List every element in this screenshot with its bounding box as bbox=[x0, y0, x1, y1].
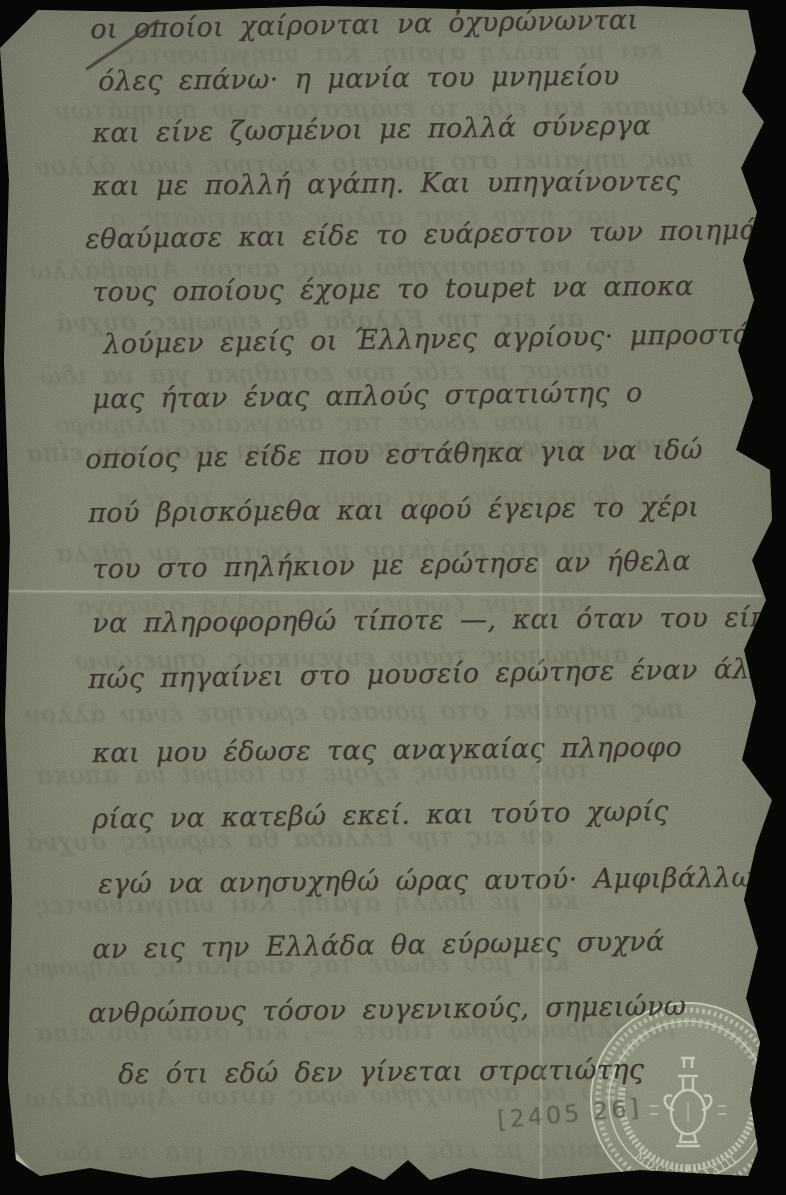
seal-wreath-right bbox=[688, 1085, 755, 1168]
seal-ring-numerals: MDCCCLXXXIII bbox=[633, 1149, 741, 1181]
manuscript-line: τους οποίους έχομε το toupet να αποκα bbox=[92, 273, 694, 306]
bleedthrough-line: πώς πηγαίνει στο μουσείο ερώτησε έναν άλ… bbox=[25, 696, 683, 727]
manuscript-line: εθαύμασε και είδε το ευάρεστον των ποιημ… bbox=[85, 216, 786, 253]
seal-amphora bbox=[665, 1058, 712, 1146]
manuscript-line: πού βρισκόμεθα και αφού έγειρε το χέρι bbox=[88, 494, 699, 527]
manuscript-line: να πληροφορηθώ τίποτε —, και όταν του εί… bbox=[92, 604, 786, 637]
manuscript-line: αν εις την Ελλάδα θα εύρωμες συχνά bbox=[92, 928, 665, 963]
manuscript-line: και μου έδωσε τας αναγκαίας πληροφο bbox=[92, 734, 682, 767]
manuscript-line: λούμεν εμείς οι Έλληνες αγρίους· μπροστά bbox=[103, 321, 752, 358]
seal-side-letters bbox=[650, 1106, 726, 1114]
manuscript-line: οι οποίοι χαίρονται να ὀχυρώνωνται bbox=[90, 6, 638, 43]
manuscript-line: δε ότι εδώ δεν γίνεται στρατιώτης bbox=[118, 1056, 644, 1088]
manuscript-line: και είνε ζωσμένοι με πολλά σύνεργα bbox=[92, 112, 651, 147]
manuscript-line: και με πολλή αγάπη. Και υπηγαίνοντες bbox=[92, 168, 681, 200]
manuscript-page: και με πολλή αγάπη. Και υπηγαίνοντεςεθαύ… bbox=[0, 0, 786, 1195]
torn-corner-fragment bbox=[8, 1144, 42, 1182]
bleedthrough-line: οποίος με είδε που εστάθηκα για να ιδώ bbox=[55, 1137, 625, 1165]
svg-text:MDCCCLXXXIII: MDCCCLXXXIII bbox=[633, 1149, 741, 1181]
catalog-number: [2405 26] bbox=[496, 1094, 643, 1135]
scan-background: και με πολλή αγάπη. Και υπηγαίνοντεςεθαύ… bbox=[0, 0, 786, 1195]
manuscript-line: πώς πηγαίνει στο μουσείο ερώτησε έναν άλ… bbox=[88, 655, 786, 693]
manuscript-line: ανθρώπους τόσον ευγενικούς, σημειώνω bbox=[88, 993, 686, 1027]
manuscript-line: ρίας να κατεβώ εκεί. και τούτο χωρίς bbox=[92, 798, 669, 833]
manuscript-line: όλες επάνω· η μανία του μνημείου bbox=[98, 63, 620, 95]
fold-crease-horizontal bbox=[0, 590, 762, 598]
manuscript-line: του στο πηλήκιον με ερώτησε αν ήθελα bbox=[92, 548, 691, 583]
manuscript-line: εγώ να ανησυχηθώ ώρας αυτού· Αμφιβάλλω bbox=[98, 864, 754, 898]
manuscript-line: μας ήταν ένας απλούς στρατιώτης ο bbox=[92, 379, 643, 413]
manuscript-line: οποίος με είδε που εστάθηκα για να ιδώ bbox=[85, 436, 703, 473]
